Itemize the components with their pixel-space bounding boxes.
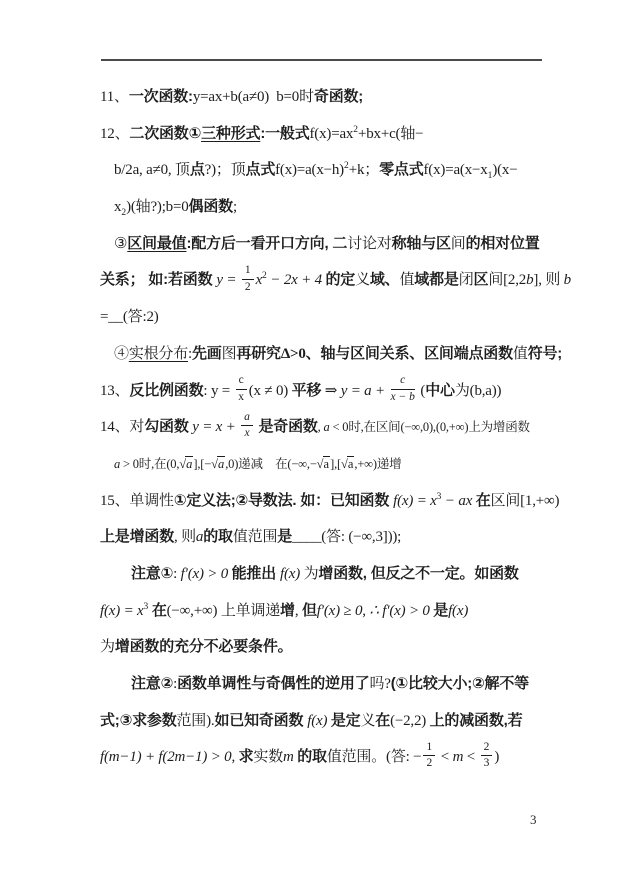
- text-segment: f′(x) ≥ 0, ∴ f′(x) > 0: [317, 603, 434, 619]
- text-segment: b: [564, 272, 571, 288]
- text-segment: 称轴与区: [392, 235, 451, 252]
- text-segment: (x ≠ 0): [249, 383, 292, 399]
- sqrt-expression: √a: [341, 457, 354, 471]
- text-segment: 区间最值: [127, 235, 186, 252]
- text-line: 注意①: f′(x) > 0 能推出 f(x) 为增函数, 但反之不一定。如函数: [100, 556, 580, 593]
- text-segment: )(x−: [492, 162, 517, 178]
- text-segment: 勾函数: [144, 418, 188, 435]
- text-segment: 间: [451, 236, 466, 252]
- text-segment: 是: [277, 528, 292, 545]
- text-segment: y =: [211, 383, 234, 399]
- text-segment: 平移: [292, 382, 322, 399]
- text-segment: 一般式: [265, 125, 309, 142]
- text-segment: <: [437, 749, 452, 765]
- text-segment: 单调递: [236, 603, 280, 619]
- text-segment: f(x) = x: [393, 493, 437, 509]
- text-segment: 14、: [100, 419, 129, 435]
- text-segment: Δ>0: [281, 346, 306, 362]
- text-segment: f(x): [448, 603, 468, 619]
- text-segment: f(x) = x: [100, 603, 144, 619]
- text-segment: 点式: [246, 161, 276, 178]
- text-line: 注意②:函数单调性与奇偶性的逆用了吗?(①比较大小;②解不等: [100, 666, 580, 703]
- text-segment: y = a +: [341, 383, 389, 399]
- text-segment: ,: [231, 749, 238, 765]
- text-segment: ?)；: [205, 162, 231, 178]
- text-segment: 如：已知函数: [300, 492, 393, 509]
- text-line: 14、对勾函数 y = x + ax 是奇函数, a < 0时,在区间(−∞,0…: [100, 409, 580, 446]
- text-segment: (轴−: [396, 126, 424, 142]
- fraction: 12: [421, 741, 437, 770]
- text-segment: 端点函数: [454, 345, 513, 362]
- text-segment: 再研究: [236, 345, 280, 362]
- text-line: 上是增函数, 则a的取值范围是____(答: (−∞,3]));: [100, 519, 580, 556]
- text-segment: <: [463, 749, 478, 765]
- text-segment: 区: [474, 271, 489, 288]
- sqrt-expression: √a: [211, 457, 225, 471]
- text-line: 11、一次函数:y=ax+b(a≠0) b=0时奇函数;: [100, 79, 580, 116]
- text-segment: b/2a, a≠0,: [114, 162, 175, 178]
- text-segment: 为: [304, 566, 319, 582]
- text-segment: f(m−1) + f(2m−1) > 0: [100, 749, 231, 765]
- text-segment: ④: [114, 346, 129, 362]
- text-segment: 为: [455, 383, 470, 399]
- text-segment: 域、: [370, 271, 400, 288]
- text-segment: (: [417, 383, 425, 399]
- text-segment: ],[: [330, 457, 341, 471]
- text-segment: 值范围: [233, 529, 277, 545]
- text-segment: 点: [190, 161, 205, 178]
- text-segment: 13、: [100, 383, 129, 399]
- text-segment: ,+∞)递增: [354, 457, 401, 471]
- text-segment: y = x +: [192, 419, 239, 435]
- text-segment: 式;③求参数: [100, 712, 177, 729]
- text-segment: 一次函数: [129, 88, 188, 105]
- text-segment: 的取: [203, 528, 233, 545]
- text-segment: f′(x) > 0: [181, 566, 232, 582]
- text-segment: 12、: [100, 126, 129, 142]
- text-line: 式;③求参数范围).如已知奇函数 f(x) 是定义在(−2,2) 上的减函数,若: [100, 703, 580, 740]
- text-line: 关系； 如:若函数 y = 12x2 − 2x + 4 的定义域、值域都是闭区间…: [100, 262, 580, 299]
- text-segment: :: [173, 566, 181, 582]
- text-segment: ；: [364, 162, 379, 178]
- text-segment: [1,+∞): [520, 493, 559, 509]
- text-segment: [2,2: [503, 272, 526, 288]
- text-segment: 、轴与区间关系、区间: [306, 345, 454, 362]
- text-segment: (−∞,+∞): [167, 603, 221, 619]
- text-segment: 是定: [331, 712, 361, 729]
- text-segment: < 0时,在区间(−∞,0),(0,+∞)上为增函数: [330, 420, 530, 434]
- text-segment: f(x): [280, 566, 304, 582]
- text-segment: 增函数的充分不必要条件。: [115, 638, 293, 655]
- text-segment: 中心: [425, 382, 455, 399]
- text-segment: 是奇函数: [258, 418, 317, 435]
- text-line: f(x) = x3 在(−∞,+∞) 上单调递增, 但f′(x) ≥ 0, ∴ …: [100, 593, 580, 630]
- text-line: b/2a, a≠0, 顶点?)；顶点式f(x)=a(x−h)2+k；零点式f(x…: [100, 152, 580, 189]
- document-page: 11、一次函数:y=ax+b(a≠0) b=0时奇函数;12、二次函数①三种形式…: [0, 0, 640, 888]
- text-segment: ],: [533, 272, 545, 288]
- text-line: a > 0时,在(0,√a],[−√a,0)递减 在(−∞,−√a],[√a,+…: [100, 446, 580, 483]
- text-line: 为增函数的充分不必要条件。: [100, 629, 580, 666]
- text-segment: 闭: [459, 272, 474, 288]
- text-segment: f(x)=a(x−h): [275, 162, 344, 178]
- text-segment: 的取: [297, 748, 327, 765]
- text-segment: 注意②: [131, 675, 173, 692]
- text-segment: 顶: [231, 162, 246, 178]
- text-segment: > 0时,在(0,: [120, 457, 179, 471]
- text-line: 15、单调性①定义法;②导数法. 如：已知函数 f(x) = x3 − ax 在…: [100, 483, 580, 520]
- text-segment: − ax: [441, 493, 475, 509]
- text-segment: 区间: [491, 493, 521, 509]
- text-segment: ③: [114, 236, 127, 252]
- text-body: 11、一次函数:y=ax+b(a≠0) b=0时奇函数;12、二次函数①三种形式…: [100, 79, 580, 776]
- text-segment: 反比例函数: [129, 382, 203, 399]
- fraction: 23: [479, 741, 495, 770]
- text-segment: 配方后一看开口方向, 二: [191, 235, 347, 252]
- text-line: =__(答:2): [100, 299, 580, 336]
- text-segment: 求: [239, 748, 254, 765]
- text-segment: 间: [488, 272, 503, 288]
- text-line: f(m−1) + f(2m−1) > 0, 求实数m 的取值范围。(答: −12…: [100, 739, 580, 776]
- text-segment: 域都是: [414, 271, 458, 288]
- text-segment: 值: [399, 272, 414, 288]
- text-line: ③区间最值:配方后一看开口方向, 二讨论对称轴与区间的相对位置: [100, 226, 580, 263]
- text-segment: 函数单调性与奇偶性的逆用了: [177, 675, 369, 692]
- text-segment: 增: [280, 602, 295, 619]
- text-segment: ,0)递减 在(−∞,−: [225, 457, 316, 471]
- text-segment: 实数: [253, 749, 283, 765]
- text-segment: ;: [233, 199, 237, 215]
- text-segment: 三种形式: [201, 125, 260, 142]
- header-rule: [101, 59, 542, 61]
- text-segment: ],[−: [193, 457, 211, 471]
- page-number: 3: [530, 812, 537, 828]
- text-segment: (答:2): [123, 309, 159, 325]
- text-segment: 时: [299, 89, 314, 105]
- text-line: 12、二次函数①三种形式:一般式f(x)=ax2+bx+c(轴−: [100, 116, 580, 153]
- text-segment: ①定义法;②导数法.: [174, 492, 301, 509]
- text-segment: 是: [433, 602, 448, 619]
- text-segment: (答: (−∞,3]));: [321, 529, 401, 545]
- text-segment: 在: [152, 602, 167, 619]
- text-segment: 上是增函数: [100, 528, 174, 545]
- text-segment: =__: [100, 309, 123, 325]
- text-segment: 如已知奇函数: [214, 712, 307, 729]
- text-line: ④实根分布:先画图再研究Δ>0、轴与区间关系、区间端点函数值符号;: [100, 336, 580, 373]
- text-segment: 先画: [192, 345, 222, 362]
- text-segment: 值: [513, 346, 528, 362]
- text-segment: : −: [406, 749, 422, 765]
- text-segment: 15、: [100, 493, 129, 509]
- text-segment: ,: [295, 603, 302, 619]
- text-segment: − 2x + 4: [267, 272, 326, 288]
- text-segment: 的定: [325, 271, 355, 288]
- text-segment: 讨论对: [347, 236, 391, 252]
- text-segment: 实根分布: [129, 346, 188, 362]
- text-segment: 零点式: [379, 161, 423, 178]
- text-segment: 奇函数;: [314, 88, 363, 105]
- text-segment: 对: [129, 419, 144, 435]
- fraction: ax: [239, 411, 255, 440]
- text-segment: 能推出: [232, 565, 280, 582]
- text-segment: 顶: [175, 162, 190, 178]
- fraction: 12: [240, 264, 256, 293]
- text-segment: )(轴?);b=0: [126, 199, 188, 215]
- text-segment: +k: [349, 162, 365, 178]
- text-segment: y =: [216, 272, 239, 288]
- text-segment: 关系； 如:若函数: [100, 271, 216, 288]
- text-segment: 偶函数: [189, 198, 233, 215]
- text-segment: 答: [391, 749, 406, 765]
- text-segment: 为: [100, 639, 115, 655]
- text-segment: 吗?: [369, 676, 390, 692]
- text-segment: ____: [292, 529, 321, 545]
- text-segment: ): [494, 749, 499, 765]
- text-segment: 在: [476, 492, 491, 509]
- text-segment: 的相对位置: [466, 235, 540, 252]
- text-segment: ⇒: [321, 383, 340, 399]
- text-segment: 则: [545, 272, 563, 288]
- text-segment: (①比较大小;②解不等: [391, 675, 529, 692]
- text-line: x2)(轴?);b=0偶函数;: [100, 189, 580, 226]
- text-segment: 。(: [371, 749, 391, 765]
- text-segment: f(x): [307, 713, 331, 729]
- text-segment: (b,a)): [470, 383, 502, 399]
- text-segment: y=ax+b(a≠0): [193, 89, 269, 105]
- text-segment: 在: [375, 712, 390, 729]
- text-line: 13、反比例函数: y = cx(x ≠ 0) 平移 ⇒ y = a + cx …: [100, 373, 580, 410]
- sqrt-expression: √a: [179, 457, 193, 471]
- text-segment: f(x)=a(x−x: [424, 162, 488, 178]
- text-segment: 上: [221, 603, 236, 619]
- text-segment: +bx+c: [358, 126, 396, 142]
- text-segment: 符号;: [528, 345, 562, 362]
- text-segment: m: [453, 749, 464, 765]
- text-segment: b=0: [269, 89, 299, 105]
- text-segment: 范围: [177, 713, 207, 729]
- text-segment: 单调性: [129, 493, 173, 509]
- text-segment: 11、: [100, 89, 129, 105]
- text-segment: 二次函数①: [129, 125, 201, 142]
- text-segment: f(x)=ax: [310, 126, 354, 142]
- text-segment: :: [203, 383, 211, 399]
- text-segment: 注意①: [131, 565, 173, 582]
- sqrt-expression: √a: [317, 457, 330, 471]
- text-segment: m: [283, 749, 294, 765]
- text-segment: 值范围: [327, 749, 371, 765]
- text-segment: 增函数, 但反之不一定。如函数: [318, 565, 518, 582]
- fraction: cx: [234, 374, 249, 403]
- text-segment: 但: [302, 602, 317, 619]
- text-segment: , 则: [174, 529, 196, 545]
- text-segment: 图: [222, 346, 237, 362]
- text-segment: (−2,2): [390, 713, 430, 729]
- text-segment: 义: [355, 272, 370, 288]
- text-segment: 义: [360, 713, 375, 729]
- text-segment: 上的减函数,若: [430, 712, 523, 729]
- fraction: cx − b: [389, 374, 417, 403]
